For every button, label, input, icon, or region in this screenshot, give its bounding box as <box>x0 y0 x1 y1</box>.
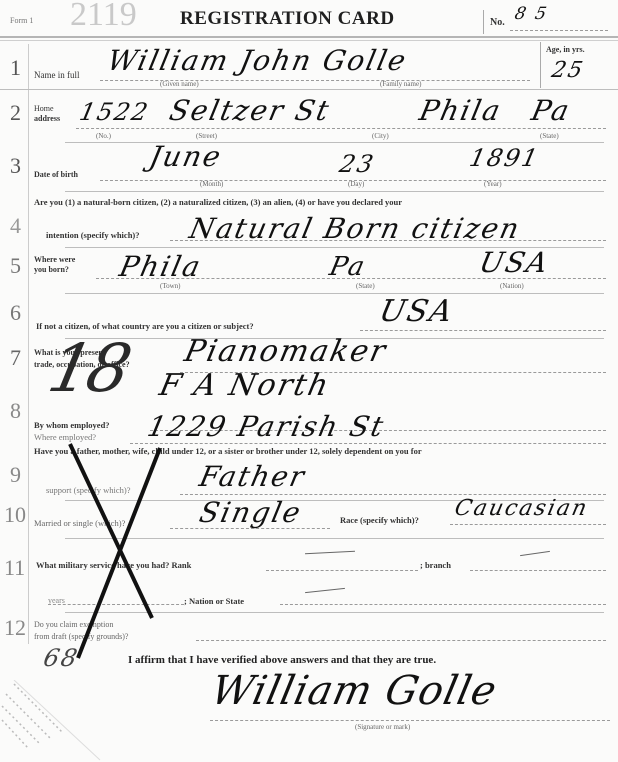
card-number-value: 8 5 <box>513 4 550 24</box>
occupation-value: Pianomaker <box>181 334 390 369</box>
serial-stamp: 2119 <box>70 0 137 34</box>
row-number-2: 2 <box>10 100 21 126</box>
name-value: William John Golle <box>104 44 410 77</box>
card-number-label: No. <box>490 17 505 28</box>
race-label: Race (specify which)? <box>340 515 419 525</box>
registration-card: Form 1 2119 REGISTRATION CARD No. 8 5 1 … <box>0 0 618 762</box>
address-street: Seltzer St <box>166 94 333 127</box>
row-number-10: 10 <box>4 502 26 528</box>
birth-day: 23 <box>337 150 377 178</box>
race-value: Caucasian <box>452 496 590 521</box>
foreign-citizen-value: USA <box>376 294 457 329</box>
marital-value: Single <box>196 496 305 529</box>
row-number-12: 12 <box>4 615 26 641</box>
signature: William Golle <box>207 668 501 714</box>
address-city: Phila <box>416 94 504 127</box>
age-value: 25 <box>549 58 586 83</box>
row-number-4: 4 <box>10 213 21 239</box>
birth-month: June <box>146 140 225 173</box>
row-number-9: 9 <box>10 462 21 488</box>
age-label: Age, in yrs. <box>546 45 585 54</box>
birth-label: Date of birth <box>34 170 78 179</box>
address-state: Pa <box>528 94 573 127</box>
row-number-7: 7 <box>10 345 21 371</box>
cross-mark-icon <box>60 440 170 660</box>
employer-address: 1229 Parish St <box>144 410 388 443</box>
header-divider <box>483 10 484 34</box>
citizenship-question: Are you (1) a natural-born citizen, (2) … <box>34 197 402 207</box>
name-label: Name in full <box>34 70 80 80</box>
dependents-value: Father <box>196 460 308 493</box>
affirmation-text: I affirm that I have verified above answ… <box>128 654 436 666</box>
employer-value: F A North <box>156 368 333 403</box>
address-number: 1522 <box>77 98 152 126</box>
signature-caption: (Signature or mark) <box>355 723 410 731</box>
row-number-1: 1 <box>10 55 21 81</box>
row-number-3: 3 <box>10 153 21 179</box>
clerk-mark-18: 18 <box>42 330 134 407</box>
form-label: Form 1 <box>10 16 33 25</box>
birthplace-nation: USA <box>476 246 552 279</box>
row-number-8: 8 <box>10 398 21 424</box>
birth-year: 1891 <box>467 144 542 172</box>
row-number-11: 11 <box>4 555 25 581</box>
header-rule <box>0 36 618 38</box>
row-number-6: 6 <box>10 300 21 326</box>
row-number-5: 5 <box>10 253 21 279</box>
page-mark: 68 <box>41 644 81 672</box>
page-title: REGISTRATION CARD <box>180 8 395 30</box>
corner-stamp-icon <box>0 680 110 762</box>
